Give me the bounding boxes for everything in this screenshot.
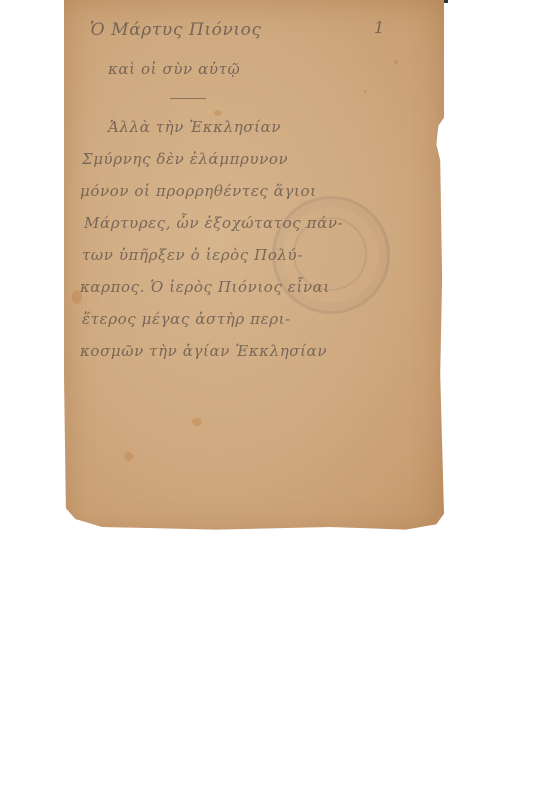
body-line-8: κοσμῶν τὴν ἁγίαν Ἐκκλησίαν (80, 342, 327, 360)
manuscript-page: Ὁ Μάρτυς Πιόνιος 1 καὶ οἱ σὺν αὐτῷ Ἀλλὰ … (64, 0, 444, 535)
body-line-7: ἕτερος μέγας ἀστὴρ περι- (82, 310, 291, 328)
title-divider (170, 98, 206, 99)
title-line-1: Ὁ Μάρτυς Πιόνιος (90, 20, 262, 40)
body-line-3: μόνον οἱ προρρηθέντες ἅγιοι (80, 182, 317, 200)
body-line-6: καρπος. Ὁ ἱερὸς Πιόνιος εἶναι (80, 278, 330, 296)
body-line-5: των ὑπῆρξεν ὁ ἱερὸς Πολύ- (82, 246, 303, 264)
title-line-2: καὶ οἱ σὺν αὐτῷ (108, 60, 240, 78)
body-line-2: Σμύρνης δὲν ἐλάμπρυνον (82, 150, 288, 168)
page-number: 1 (374, 18, 385, 37)
body-line-1: Ἀλλὰ τὴν Ἐκκλησίαν (108, 118, 281, 136)
body-line-4: Μάρτυρες, ὧν ἐξοχώτατος πάν- (84, 214, 343, 232)
